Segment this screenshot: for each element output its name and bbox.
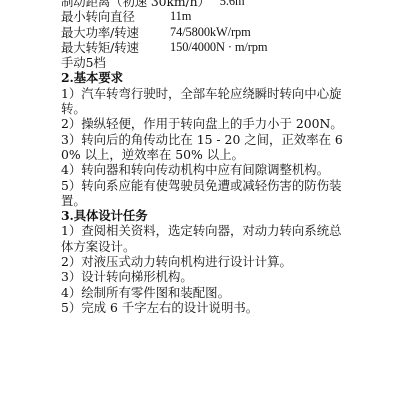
task-item: 3）设计转向梯形机构。: [61, 269, 349, 284]
task-item: 2）对液压式动力转向机构进行设计计算。: [61, 254, 349, 269]
requirement-item: 5）转向系应能有使驾驶员免遭或减轻伤害的防伤装置。: [61, 178, 349, 209]
section-heading-design-tasks: 3.具体设计任务: [61, 208, 351, 223]
spec-value: 5.6m: [220, 0, 245, 9]
requirement-item: 1）汽车转弯行驶时，全部车轮应绕瞬时转向中心旋转。: [61, 86, 349, 117]
spec-value: 11m: [170, 9, 191, 24]
spec-value: 150/4000N · m/rpm: [170, 40, 267, 55]
document-body: 制动距离（初速 30km/h） 5.6m 最小转向直径 11m 最大功率/转速 …: [61, 0, 351, 315]
spec-label: 最大功率/转速: [61, 25, 170, 40]
spec-row-braking-distance: 制动距离（初速 30km/h） 5.6m: [61, 0, 351, 9]
spec-row-min-turning-diameter: 最小转向直径 11m: [61, 9, 351, 24]
task-item: 4）绘制所有零件图和装配图。: [61, 285, 349, 300]
section-heading-basic-requirements: 2.基本要求: [61, 70, 351, 85]
requirement-item: 3）转向后的角传动比在 15 - 20 之间，正效率在 60% 以上，逆效率在 …: [61, 132, 349, 163]
requirement-item: 2）操纵轻便，作用于转向盘上的手力小于 200N。: [61, 116, 349, 131]
requirement-item: 4）转向器和转向传动机构中应有间隙调整机构。: [61, 162, 349, 177]
spec-value: 74/5800kW/rpm: [170, 25, 251, 40]
spec-label: 制动距离（初速 30km/h）: [61, 0, 210, 9]
task-item: 1）查阅相关资料，选定转向器，对动力转向系统总体方案设计。: [61, 223, 349, 254]
spec-label: 最小转向直径: [61, 9, 170, 24]
spec-row-max-power: 最大功率/转速 74/5800kW/rpm: [61, 25, 351, 40]
task-item: 5）完成 6 千字左右的设计说明书。: [61, 300, 349, 315]
spec-row-max-torque: 最大转矩/转速 150/4000N · m/rpm: [61, 40, 351, 55]
transmission-text: 手动5档: [61, 55, 351, 70]
spec-label: 最大转矩/转速: [61, 40, 170, 55]
